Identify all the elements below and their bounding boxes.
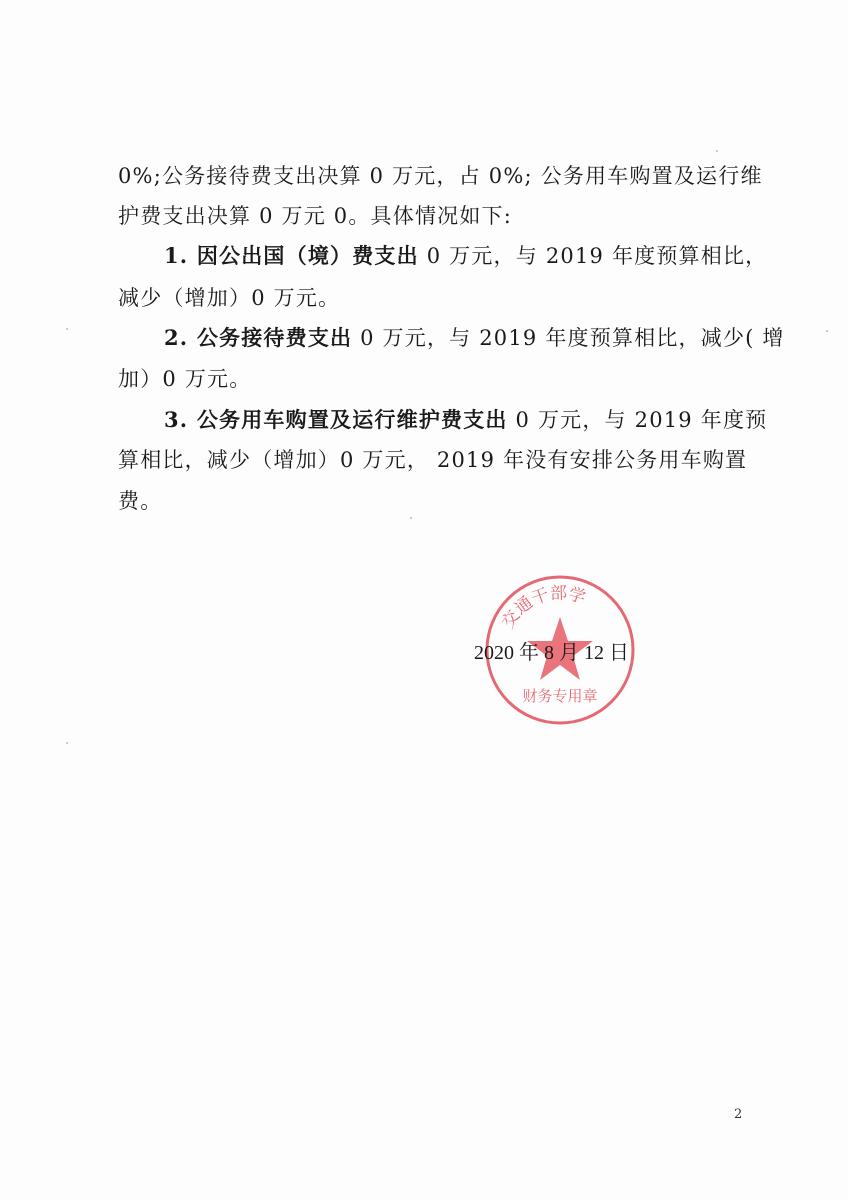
item-1-text: 0 万元，与 2019 年度预算相比， (419, 244, 768, 268)
scan-speck (66, 328, 68, 330)
item-2-line-1: 2. 公务接待费支出 0 万元，与 2019 年度预算相比，减少( 增 (164, 323, 785, 353)
document-page: 0%;公务接待费支出决算 0 万元，占 0%; 公务用车购置及运行维 护费支出决… (0, 0, 848, 1200)
item-1-heading: 1. 因公出国（境）费支出 (164, 243, 419, 268)
paragraph-line: 0%;公务接待费支出决算 0 万元，占 0%; 公务用车购置及运行维 (118, 161, 763, 191)
item-1-line-2: 减少（增加）0 万元。 (118, 283, 340, 313)
document-date: 2020 年 8 月 12 日 (474, 639, 629, 667)
item-1-line-1: 1. 因公出国（境）费支出 0 万元，与 2019 年度预算相比， (164, 241, 767, 271)
item-2-heading: 2. 公务接待费支出 (164, 325, 352, 350)
paragraph-line: 护费支出决算 0 万元 0。具体情况如下: (118, 201, 512, 231)
item-2-text: 0 万元，与 2019 年度预算相比，减少( 增 (352, 326, 784, 350)
item-3-line-3: 费。 (118, 486, 162, 516)
scan-speck (410, 517, 412, 519)
page-number: 2 (734, 1107, 742, 1122)
stamp-bottom-text: 财务专用章 (522, 687, 597, 705)
item-3-text: 0 万元，与 2019 年度预 (508, 408, 768, 432)
scan-speck (66, 742, 68, 744)
item-3-line-2: 算相比，减少（增加）0 万元， 2019 年没有安排公务用车购置 (118, 445, 747, 475)
scan-speck (716, 150, 718, 152)
scan-speck (826, 330, 828, 332)
stamp-arc-text: 交通干部学 (498, 583, 588, 632)
item-3-line-1: 3. 公务用车购置及运行维护费支出 0 万元，与 2019 年度预 (164, 405, 767, 435)
item-2-line-2: 加）0 万元。 (118, 364, 251, 394)
svg-text:交通干部学: 交通干部学 (498, 583, 588, 632)
item-3-heading: 3. 公务用车购置及运行维护费支出 (164, 407, 508, 432)
